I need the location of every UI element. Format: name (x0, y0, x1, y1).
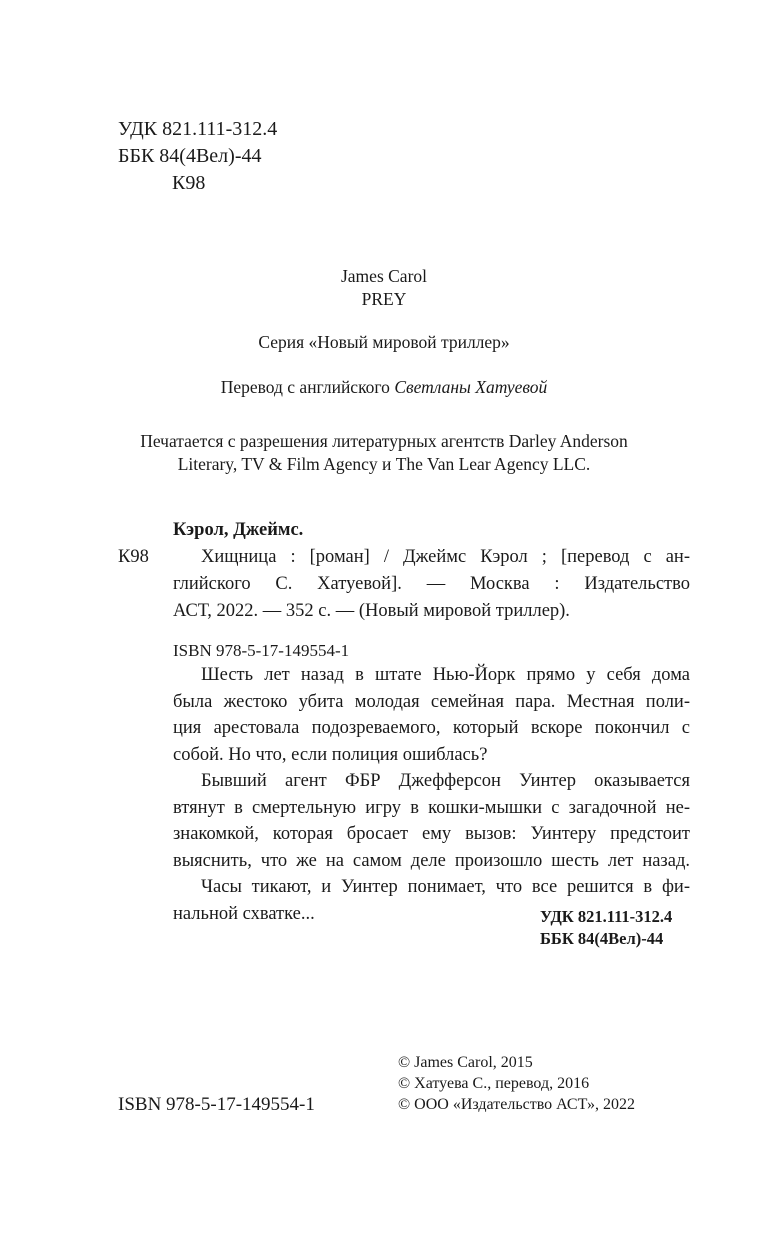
annotation-line: Бывший агент ФБР Джефферсон Уинтер оказы… (173, 768, 690, 795)
permission-notice: Печатается с разрешения литературных аге… (100, 430, 668, 476)
permission-line-1: Печатается с разрешения литературных аге… (100, 430, 668, 453)
permission-line-2: Literary, TV & Film Agency и The Van Lea… (100, 453, 668, 476)
annotation-line: втянут в смертельную игру в кошки-мышки … (173, 795, 690, 822)
annotation-paragraph: Бывший агент ФБР Джефферсон Уинтер оказы… (173, 768, 690, 874)
bib-line: АСТ, 2022. — 352 с. — (Новый мировой три… (173, 598, 690, 625)
annotation-line: была жестоко убита молодая семейная пара… (173, 689, 690, 716)
original-author: James Carol (100, 265, 668, 288)
bibliographic-record: Кэрол, Джеймс. К98 Хищница : [роман] / Д… (118, 517, 690, 664)
annotation-line: Часы тикают, и Уинтер понимает, что все … (173, 874, 690, 901)
annotation-line: ция арестовала подозреваемого, который в… (173, 715, 690, 742)
bib-line: Хищница : [роман] / Джеймс Кэрол ; [пере… (173, 544, 690, 571)
copyright-line: © James Carol, 2015 (398, 1052, 635, 1073)
original-title-block: James Carol PREY (100, 265, 668, 311)
annotation-line: Шесть лет назад в штате Нью-Йорк прямо у… (173, 662, 690, 689)
translator-name: Светланы Хатуевой (394, 377, 547, 397)
isbn-bottom: ISBN 978-5-17-149554-1 (118, 1093, 315, 1117)
bbk-code-bottom: ББК 84(4Вел)-44 (540, 928, 672, 950)
translation-credit: Перевод с английского Светланы Хатуевой (100, 376, 668, 399)
classification-codes-top: УДК 821.111-312.4 ББК 84(4Вел)-44 К98 (118, 116, 277, 197)
copyright-notices: © James Carol, 2015 © Хатуева С., перево… (398, 1052, 635, 1115)
classification-codes-bottom: УДК 821.111-312.4 ББК 84(4Вел)-44 (540, 906, 672, 950)
bib-description: Хищница : [роман] / Джеймс Кэрол ; [пере… (173, 544, 690, 625)
annotation-paragraph: Шесть лет назад в штате Нью-Йорк прямо у… (173, 662, 690, 768)
annotation-line: знакомкой, которая бросает ему вызов: Уи… (173, 821, 690, 848)
bib-author-heading: Кэрол, Джеймс. (118, 517, 690, 544)
bib-isbn: ISBN 978-5-17-149554-1 (118, 637, 690, 664)
bib-line: глийского С. Хатуевой]. — Москва : Издат… (173, 571, 690, 598)
translation-prefix: Перевод с английского (221, 377, 395, 397)
udk-code: УДК 821.111-312.4 (118, 116, 277, 143)
copyright-line: © ООО «Издательство АСТ», 2022 (398, 1094, 635, 1115)
copyright-line: © Хатуева С., перевод, 2016 (398, 1073, 635, 1094)
bbk-code: ББК 84(4Вел)-44 (118, 143, 277, 170)
annotation-line: собой. Но что, если полиция ошиблась? (173, 742, 690, 769)
bib-author-mark: К98 (118, 544, 149, 571)
author-mark: К98 (118, 170, 277, 197)
udk-code-bottom: УДК 821.111-312.4 (540, 906, 672, 928)
annotation-line: выяснить, что же на самом деле произошло… (173, 848, 690, 875)
bib-entry: К98 Хищница : [роман] / Джеймс Кэрол ; [… (118, 544, 690, 625)
annotation: Шесть лет назад в штате Нью-Йорк прямо у… (173, 662, 690, 927)
series-line: Серия «Новый мировой триллер» (100, 331, 668, 354)
original-title: PREY (100, 288, 668, 311)
